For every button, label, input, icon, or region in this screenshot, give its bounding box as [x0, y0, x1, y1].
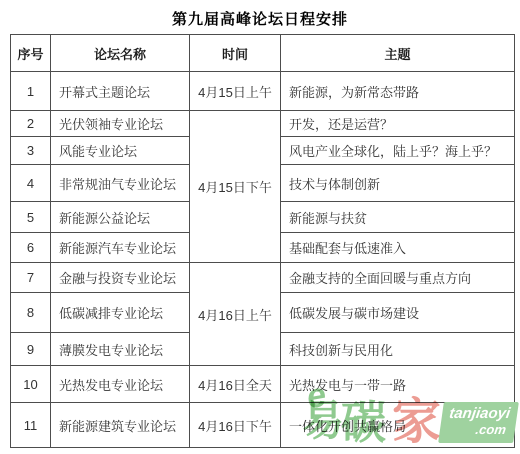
row-number-cell: 10: [11, 366, 51, 403]
theme-cell: 科技创新与民用化: [281, 333, 515, 366]
table-row: 1开幕式主题论坛4月15日上午新能源，为新常态带路: [11, 72, 515, 111]
row-number-cell: 4: [11, 165, 51, 202]
theme-cell: 光热发电与一带一路: [281, 366, 515, 403]
theme-cell: 开发，还是运营？: [281, 111, 515, 137]
forum-name-cell: 光伏领袖专业论坛: [51, 111, 190, 137]
forum-name-cell: 新能源建筑专业论坛: [51, 403, 190, 448]
theme-cell: 一体化开创共赢格局: [281, 403, 515, 448]
table-row: 11新能源建筑专业论坛4月16日下午一体化开创共赢格局: [11, 403, 515, 448]
theme-cell: 技术与体制创新: [281, 165, 515, 202]
row-number-cell: 9: [11, 333, 51, 366]
table-row: 2光伏领袖专业论坛4月15日下午开发，还是运营？: [11, 111, 515, 137]
row-number-cell: 1: [11, 72, 51, 111]
table-row: 7金融与投资专业论坛4月16日上午金融支持的全面回暖与重点方向: [11, 263, 515, 293]
row-number-cell: 8: [11, 293, 51, 333]
time-cell: 4月16日全天: [190, 366, 281, 403]
theme-cell: 金融支持的全面回暖与重点方向: [281, 263, 515, 293]
forum-name-cell: 新能源公益论坛: [51, 202, 190, 233]
forum-name-cell: 风能专业论坛: [51, 137, 190, 165]
forum-name-cell: 光热发电专业论坛: [51, 366, 190, 403]
forum-name-cell: 薄膜发电专业论坛: [51, 333, 190, 366]
time-cell: 4月16日下午: [190, 403, 281, 448]
row-number-cell: 11: [11, 403, 51, 448]
row-number-cell: 2: [11, 111, 51, 137]
header-row: 序号 论坛名称 时间 主题: [11, 35, 515, 72]
forum-name-cell: 新能源汽车专业论坛: [51, 233, 190, 263]
table-row: 10光热发电专业论坛4月16日全天光热发电与一带一路: [11, 366, 515, 403]
theme-cell: 基础配套与低速准入: [281, 233, 515, 263]
column-header-time: 时间: [190, 35, 281, 72]
forum-name-cell: 开幕式主题论坛: [51, 72, 190, 111]
column-header-theme: 主题: [281, 35, 515, 72]
forum-name-cell: 金融与投资专业论坛: [51, 263, 190, 293]
time-cell: 4月15日下午: [190, 111, 281, 263]
time-cell: 4月15日上午: [190, 72, 281, 111]
theme-cell: 低碳发展与碳市场建设: [281, 293, 515, 333]
theme-cell: 风电产业全球化，陆上乎？海上乎？: [281, 137, 515, 165]
row-number-cell: 6: [11, 233, 51, 263]
column-header-no: 序号: [11, 35, 51, 72]
theme-cell: 新能源与扶贫: [281, 202, 515, 233]
row-number-cell: 7: [11, 263, 51, 293]
row-number-cell: 5: [11, 202, 51, 233]
schedule-table: 序号 论坛名称 时间 主题 1开幕式主题论坛4月15日上午新能源，为新常态带路2…: [10, 34, 515, 448]
column-header-name: 论坛名称: [51, 35, 190, 72]
theme-cell: 新能源，为新常态带路: [281, 72, 515, 111]
forum-name-cell: 低碳减排专业论坛: [51, 293, 190, 333]
time-cell: 4月16日上午: [190, 263, 281, 366]
page-title: 第九届高峰论坛日程安排: [0, 0, 520, 34]
row-number-cell: 3: [11, 137, 51, 165]
forum-name-cell: 非常规油气专业论坛: [51, 165, 190, 202]
